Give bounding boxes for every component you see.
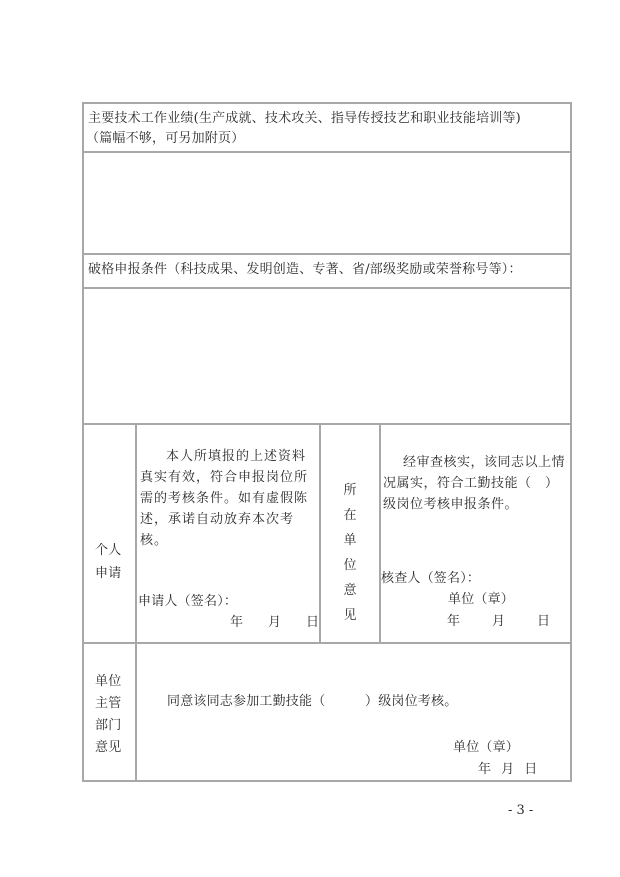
personal-statement: 本人所填报的上述资料真实有效，符合申报岗位所需的考核条件。如有虚假陈述，承诺自动… <box>140 446 318 551</box>
unit-row-label: 所在单位意见 <box>342 478 358 628</box>
personal-row-label: 个人 <box>95 542 121 560</box>
applicant-signature-label: 申请人（签名）： <box>138 593 237 611</box>
authority-row-label-1: 单位 <box>95 673 121 691</box>
table-border-bottom <box>82 780 572 782</box>
authority-row-label-3: 部门 <box>95 717 121 735</box>
document-page: 主要技术工作业绩(生产成就、技术攻关、指导传授技艺和职业技能培训等) （篇幅不够… <box>0 0 620 877</box>
column-divider <box>135 423 137 782</box>
applicant-date-label: 年 月 日 <box>230 614 325 632</box>
table-border-top <box>82 102 572 104</box>
table-border-right <box>570 102 572 782</box>
column-divider <box>319 423 321 644</box>
unit-date-label: 年 月 日 <box>447 613 552 631</box>
authority-row-label-4: 意见 <box>95 739 121 757</box>
unit-seal-label: 单位（章） <box>448 591 514 609</box>
column-divider <box>379 423 381 644</box>
reviewer-signature-label: 核查人（签名）： <box>381 570 480 588</box>
personal-row-label-2: 申请 <box>95 565 121 583</box>
authority-seal-label: 单位（章） <box>453 739 519 757</box>
authority-statement: 同意该同志参加工勤技能（ ）级岗位考核。 <box>167 693 457 711</box>
achievements-label: 主要技术工作业绩(生产成就、技术攻关、指导传授技艺和职业技能培训等) <box>88 110 521 128</box>
unit-statement: 经审查核实，该同志以上情况属实，符合工勤技能（ ）级岗位考核申报条件。 <box>383 452 568 515</box>
table-divider <box>82 253 572 255</box>
table-divider <box>82 423 572 425</box>
exception-label: 破格申报条件（科技成果、发明创造、专著、省/部级奖励或荣誉称号等）： <box>88 261 522 279</box>
achievements-content-field[interactable] <box>84 153 570 253</box>
page-number: - 3 - <box>508 803 533 818</box>
achievements-note: （篇幅不够，可另加附页） <box>86 130 244 148</box>
table-divider <box>82 642 572 644</box>
exception-content-field[interactable] <box>84 289 570 423</box>
authority-row-label-2: 主管 <box>95 695 121 713</box>
authority-date-label: 年 月 日 <box>478 761 540 779</box>
